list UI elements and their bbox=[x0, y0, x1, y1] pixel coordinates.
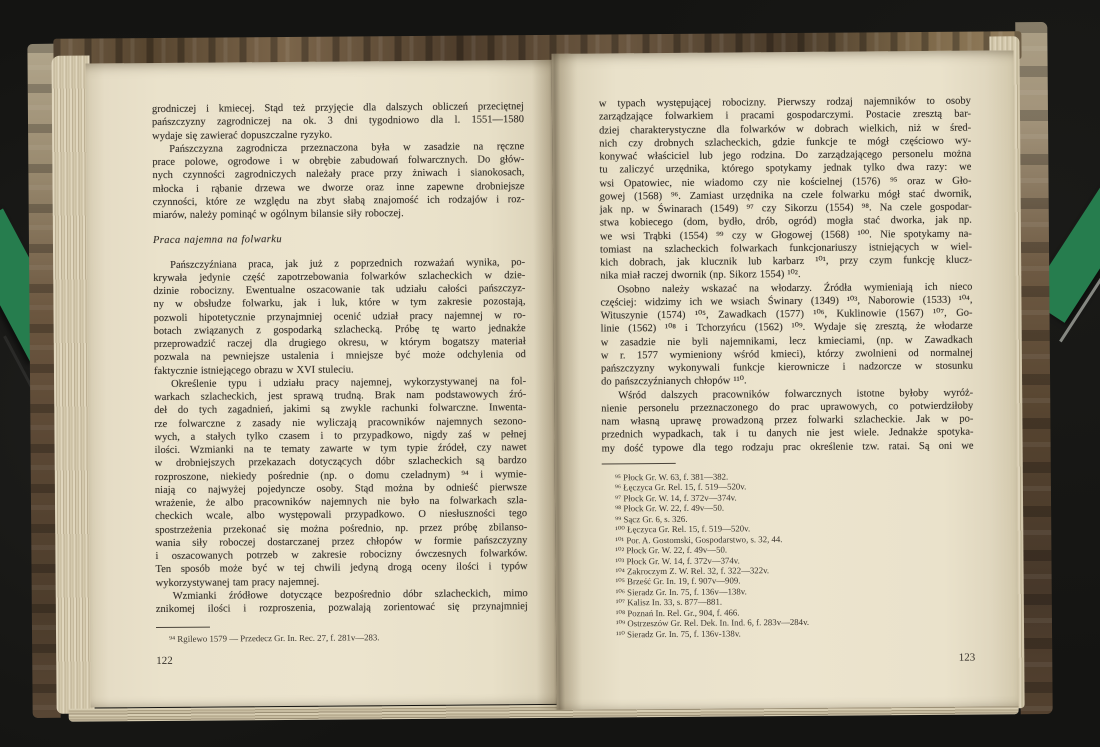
page-number: 123 bbox=[933, 652, 975, 664]
paragraph: Wśród dalszych pracowników folwarcznych … bbox=[601, 386, 974, 455]
paragraph: w typach występującej robocizny. Pierwsz… bbox=[599, 95, 972, 283]
footnote-block: ⁹⁴ Rgilewo 1579 — Przedecz Gr. In. Rec. … bbox=[156, 631, 528, 644]
footnote: ¹¹⁰ Sieradz Gr. In. 75, f. 136v-138v. bbox=[603, 626, 975, 639]
page-right-text-column: w typach występującej robocizny. Pierwsz… bbox=[599, 95, 974, 456]
page-right: w typach występującej robocizny. Pierwsz… bbox=[551, 50, 1018, 710]
section-heading: Praca najemna na folwarku bbox=[153, 231, 525, 247]
paragraph: Pańszczyzna zagrodnicza przeznaczona był… bbox=[152, 140, 525, 222]
text-line: miarów, należy pominąć w ogólnym bilansi… bbox=[153, 206, 525, 222]
photo-background: grodniczej i kmiecej. Stąd też przyjęcie… bbox=[0, 0, 1100, 747]
footnote-separator-rule bbox=[602, 463, 676, 465]
footnote-block: ⁹⁵ Płock Gr. W. 63, f. 381—382.⁹⁶ Łęczyc… bbox=[602, 470, 975, 640]
footnote: ⁹⁴ Rgilewo 1579 — Przedecz Gr. In. Rec. … bbox=[156, 631, 528, 644]
paragraph: Określenie typu i udziału pracy najemnej… bbox=[154, 375, 528, 590]
text-line: Praca najemna na folwarku bbox=[153, 231, 525, 247]
page-number: 122 bbox=[156, 655, 173, 667]
footnote-separator-rule bbox=[156, 627, 210, 628]
text-line: znikomej ilości i rozproszenia, pozwalaj… bbox=[156, 600, 528, 616]
page-left-text-column: grodniczej i kmiecej. Stąd też przyjęcie… bbox=[152, 100, 528, 616]
page-left: grodniczej i kmiecej. Stąd też przyjęcie… bbox=[86, 60, 557, 708]
open-book: grodniczej i kmiecej. Stąd też przyjęcie… bbox=[27, 22, 1052, 724]
paragraph: Wzmianki źródłowe dotyczące bezpośrednio… bbox=[156, 587, 528, 616]
paragraph: grodniczej i kmiecej. Stąd też przyjęcie… bbox=[152, 100, 524, 143]
paragraph: Osobno należy wskazać na włodarzy. Źródł… bbox=[600, 280, 973, 389]
text-line: my dość typowe dla tego rodzaju prac okr… bbox=[602, 439, 974, 455]
paragraph: Pańszczyźniana praca, jak już z poprzedn… bbox=[153, 256, 526, 378]
